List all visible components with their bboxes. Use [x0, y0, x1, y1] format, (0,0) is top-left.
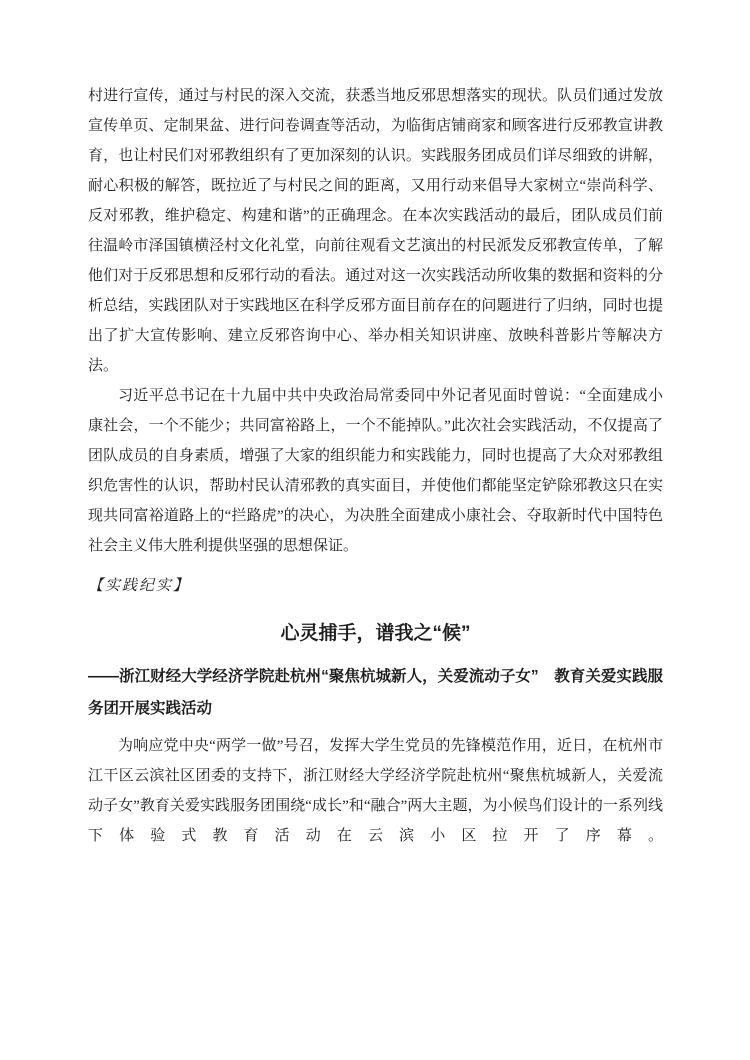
article-title: 心灵捕手，谱我之“候” [88, 619, 663, 649]
paragraph-quote: 习近平总书记在十九届中共中央政治局常委同中外记者见面时曾说：“全面建成小康社会，… [88, 381, 663, 561]
paragraph-continuation: 村进行宣传，通过与村民的深入交流，获悉当地反邪思想落实的现状。队员们通过发放宣传… [88, 81, 663, 381]
article-subtitle: ——浙江财经大学经济学院赴杭州“聚焦杭城新人，关爱流动子女” 教育关爱实践服务团… [88, 661, 663, 725]
article-body: 为响应党中央“两学一做”号召，发挥大学生党员的先锋模范作用，近日，在杭州市江干区… [88, 731, 663, 851]
section-marker: 【实践纪实】 [88, 571, 663, 601]
document-page: 村进行宣传，通过与村民的深入交流，获悉当地反邪思想落实的现状。队员们通过发放宣传… [0, 0, 750, 1060]
